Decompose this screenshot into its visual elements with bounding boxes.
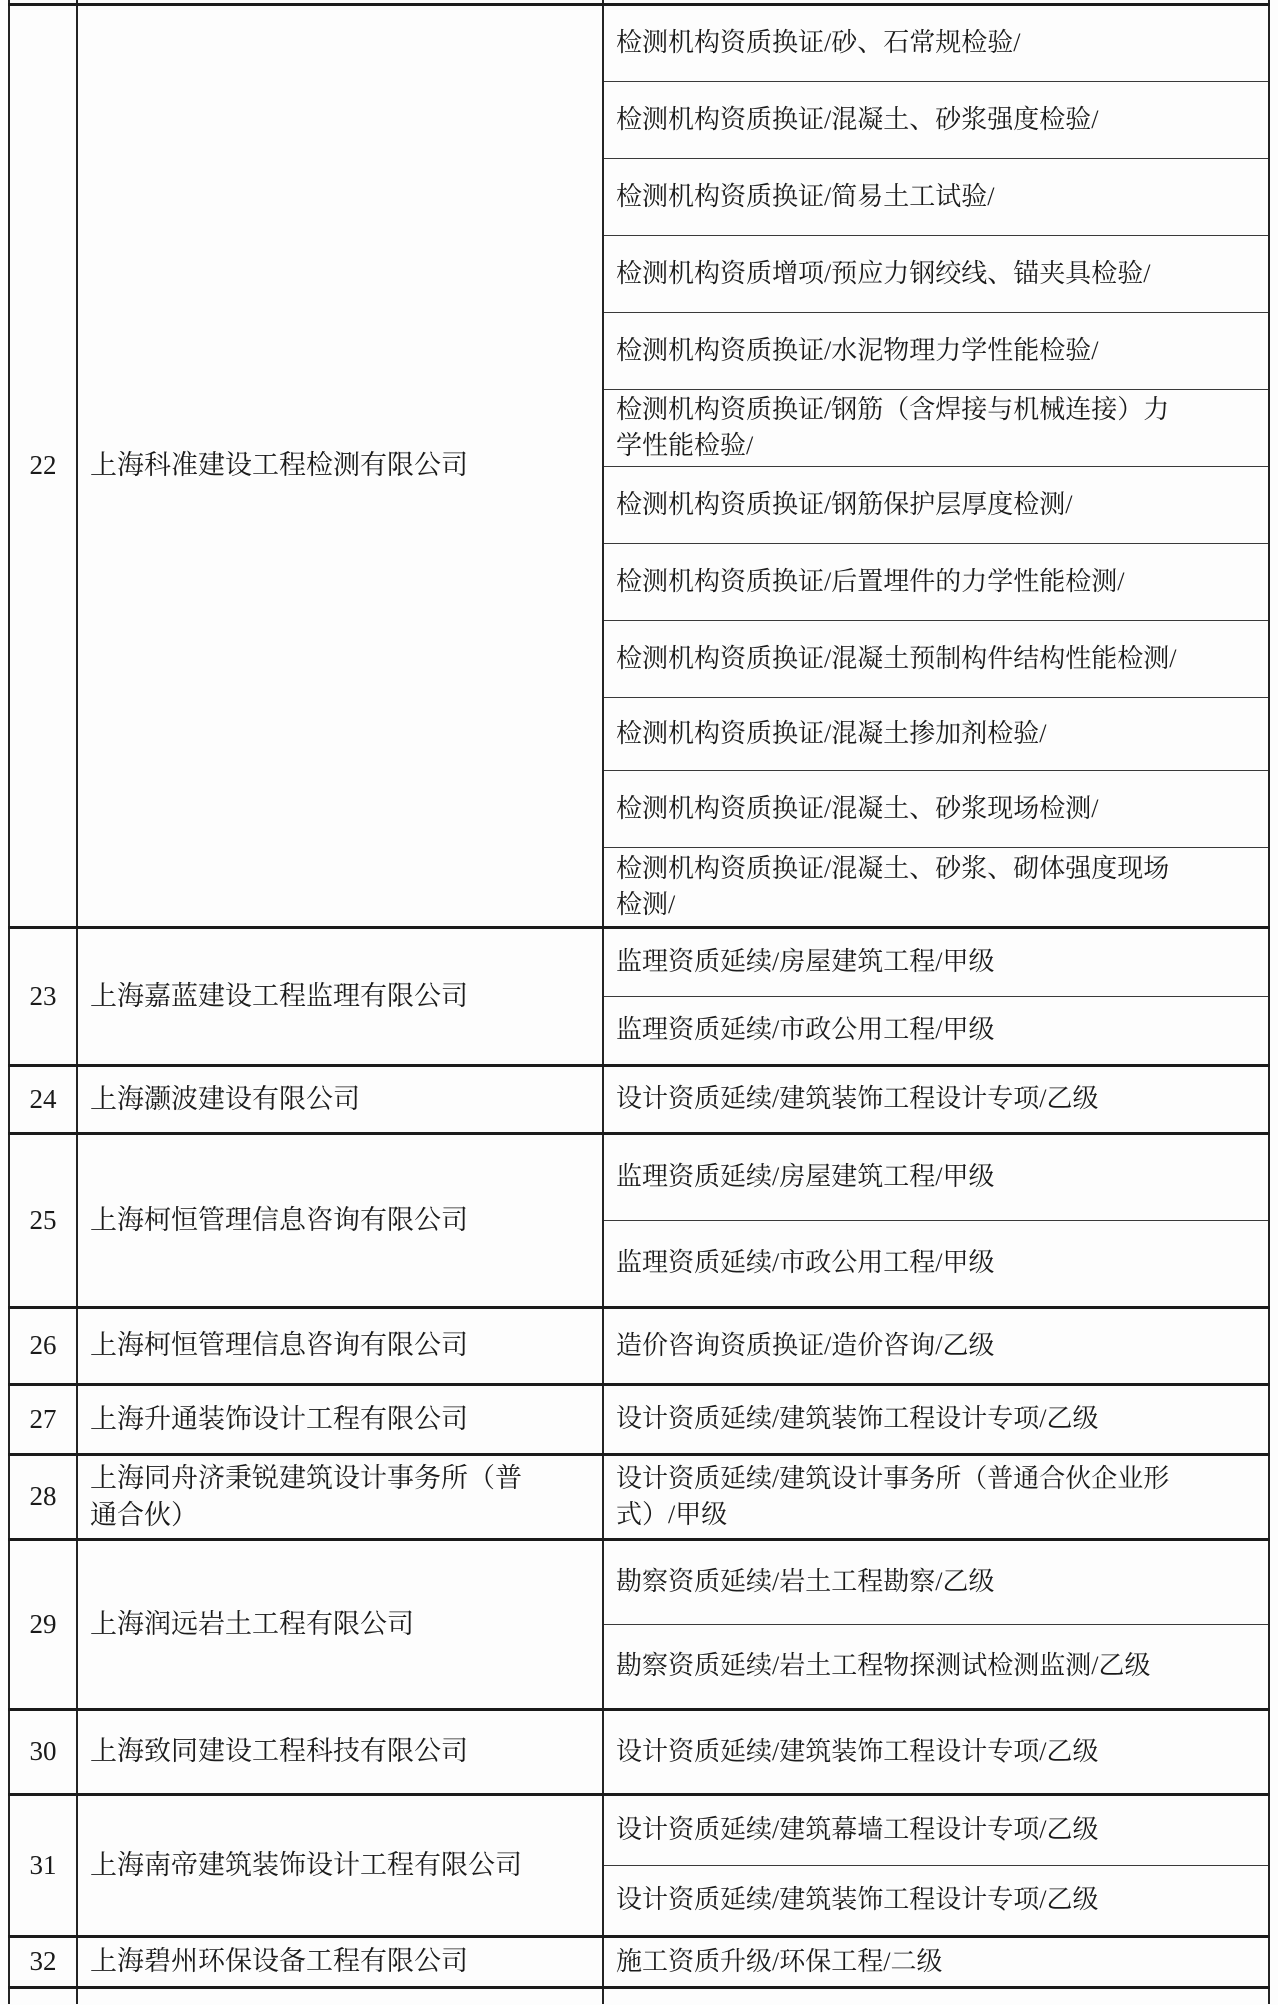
table-row: 22 上海科准建设工程检测有限公司 检测机构资质换证/砂、石常规检验/ <box>9 4 1269 81</box>
item-cell: 检测机构资质换证/砂、石常规检验/ <box>603 4 1269 81</box>
partial-number-cell <box>9 1987 77 2004</box>
company-name: 上海嘉蓝建设工程监理有限公司 <box>78 978 540 1015</box>
item-cell: 设计资质延续/建筑幕墙工程设计专项/乙级 <box>603 1794 1269 1865</box>
item-cell: 勘察资质延续/岩土工程勘察/乙级 <box>603 1539 1269 1624</box>
company-name: 上海同舟济秉锐建筑设计事务所（普通合伙） <box>78 1460 540 1534</box>
qualification-table: 22 上海科准建设工程检测有限公司 检测机构资质换证/砂、石常规检验/ 检测机构… <box>8 0 1270 2004</box>
row-number: 30 <box>9 1709 77 1794</box>
item-cell: 检测机构资质换证/混凝土、砂浆强度检验/ <box>603 81 1269 158</box>
table-row: 26 上海柯恒管理信息咨询有限公司 造价咨询资质换证/造价咨询/乙级 <box>9 1307 1269 1384</box>
item-cell: 监理资质延续/房屋建筑工程/甲级 <box>603 1133 1269 1220</box>
item-cell: 设计资质延续/建筑装饰工程设计专项/乙级 <box>603 1065 1269 1133</box>
partial-item-cell <box>603 1987 1269 2004</box>
qualification-item: 监理资质延续/市政公用工程/甲级 <box>604 1012 1181 1048</box>
company-name: 上海致同建设工程科技有限公司 <box>78 1733 540 1770</box>
item-cell: 设计资质延续/建筑装饰工程设计专项/乙级 <box>603 1709 1269 1794</box>
qualification-item: 勘察资质延续/岩土工程勘察/乙级 <box>604 1564 1181 1600</box>
item-cell: 设计资质延续/建筑装饰工程设计专项/乙级 <box>603 1865 1269 1936</box>
company-cell: 上海柯恒管理信息咨询有限公司 <box>77 1133 603 1307</box>
item-cell: 检测机构资质换证/简易土工试验/ <box>603 158 1269 235</box>
row-number: 32 <box>9 1936 77 1987</box>
partial-company-cell <box>77 1987 603 2004</box>
row-number: 26 <box>9 1307 77 1384</box>
qualification-item: 检测机构资质换证/水泥物理力学性能检验/ <box>604 333 1181 369</box>
item-cell: 检测机构资质换证/水泥物理力学性能检验/ <box>603 312 1269 389</box>
table-row: 29 上海润远岩土工程有限公司 勘察资质延续/岩土工程勘察/乙级 <box>9 1539 1269 1624</box>
company-cell: 上海润远岩土工程有限公司 <box>77 1539 603 1709</box>
qualification-item: 检测机构资质换证/钢筋（含焊接与机械连接）力学性能检验/ <box>604 392 1181 464</box>
table-row: 27 上海升通装饰设计工程有限公司 设计资质延续/建筑装饰工程设计专项/乙级 <box>9 1384 1269 1454</box>
qualification-item: 检测机构资质换证/简易土工试验/ <box>604 179 1181 215</box>
row-number: 22 <box>9 4 77 927</box>
qualification-item: 检测机构资质换证/混凝土、砂浆、砌体强度现场检测/ <box>604 851 1181 923</box>
qualification-item: 监理资质延续/市政公用工程/甲级 <box>604 1245 1181 1281</box>
row-number: 24 <box>9 1065 77 1133</box>
company-name: 上海碧州环保设备工程有限公司 <box>78 1943 540 1980</box>
company-name: 上海灏波建设有限公司 <box>78 1081 540 1118</box>
qualification-item: 设计资质延续/建筑幕墙工程设计专项/乙级 <box>604 1812 1181 1848</box>
qualification-item: 监理资质延续/房屋建筑工程/甲级 <box>604 944 1181 980</box>
row-number: 28 <box>9 1454 77 1539</box>
company-cell: 上海同舟济秉锐建筑设计事务所（普通合伙） <box>77 1454 603 1539</box>
item-cell: 施工资质升级/环保工程/二级 <box>603 1936 1269 1987</box>
item-cell: 检测机构资质换证/混凝土、砂浆现场检测/ <box>603 770 1269 847</box>
table-row: 24 上海灏波建设有限公司 设计资质延续/建筑装饰工程设计专项/乙级 <box>9 1065 1269 1133</box>
company-cell: 上海灏波建设有限公司 <box>77 1065 603 1133</box>
qualification-item: 施工资质升级/环保工程/二级 <box>604 1944 1181 1980</box>
company-name: 上海柯恒管理信息咨询有限公司 <box>78 1202 540 1239</box>
row-number: 29 <box>9 1539 77 1709</box>
company-name: 上海柯恒管理信息咨询有限公司 <box>78 1327 540 1364</box>
item-cell: 检测机构资质换证/混凝土掺加剂检验/ <box>603 697 1269 770</box>
company-cell: 上海碧州环保设备工程有限公司 <box>77 1936 603 1987</box>
qualification-item: 检测机构资质换证/混凝土掺加剂检验/ <box>604 716 1181 752</box>
table-row: 28 上海同舟济秉锐建筑设计事务所（普通合伙） 设计资质延续/建筑设计事务所（普… <box>9 1454 1269 1539</box>
company-name: 上海润远岩土工程有限公司 <box>78 1606 540 1643</box>
qualification-item: 造价咨询资质换证/造价咨询/乙级 <box>604 1328 1181 1364</box>
qualification-item: 勘察资质延续/岩土工程物探测试检测监测/乙级 <box>604 1648 1181 1684</box>
row-number: 27 <box>9 1384 77 1454</box>
item-cell: 检测机构资质换证/钢筋（含焊接与机械连接）力学性能检验/ <box>603 389 1269 466</box>
table-row: 23 上海嘉蓝建设工程监理有限公司 监理资质延续/房屋建筑工程/甲级 <box>9 927 1269 996</box>
company-cell: 上海升通装饰设计工程有限公司 <box>77 1384 603 1454</box>
qualification-item: 设计资质延续/建筑设计事务所（普通合伙企业形式）/甲级 <box>604 1461 1181 1533</box>
qualification-item: 设计资质延续/建筑装饰工程设计专项/乙级 <box>604 1882 1181 1918</box>
qualification-item: 设计资质延续/建筑装饰工程设计专项/乙级 <box>604 1734 1181 1770</box>
item-cell: 检测机构资质换证/混凝土预制构件结构性能检测/ <box>603 620 1269 697</box>
item-cell: 设计资质延续/建筑设计事务所（普通合伙企业形式）/甲级 <box>603 1454 1269 1539</box>
item-cell: 检测机构资质换证/后置埋件的力学性能检测/ <box>603 543 1269 620</box>
item-cell: 检测机构资质增项/预应力钢绞线、锚夹具检验/ <box>603 235 1269 312</box>
row-number: 25 <box>9 1133 77 1307</box>
company-cell: 上海南帝建筑装饰设计工程有限公司 <box>77 1794 603 1936</box>
company-cell: 上海嘉蓝建设工程监理有限公司 <box>77 927 603 1065</box>
row-number: 31 <box>9 1794 77 1936</box>
table-row: 25 上海柯恒管理信息咨询有限公司 监理资质延续/房屋建筑工程/甲级 <box>9 1133 1269 1220</box>
company-cell: 上海致同建设工程科技有限公司 <box>77 1709 603 1794</box>
qualification-item: 监理资质延续/房屋建筑工程/甲级 <box>604 1159 1181 1195</box>
item-cell: 检测机构资质换证/混凝土、砂浆、砌体强度现场检测/ <box>603 847 1269 927</box>
company-cell: 上海柯恒管理信息咨询有限公司 <box>77 1307 603 1384</box>
company-name: 上海科准建设工程检测有限公司 <box>78 447 540 484</box>
company-name: 上海南帝建筑装饰设计工程有限公司 <box>78 1847 540 1884</box>
document-page: 22 上海科准建设工程检测有限公司 检测机构资质换证/砂、石常规检验/ 检测机构… <box>0 0 1278 2005</box>
company-name: 上海升通装饰设计工程有限公司 <box>78 1401 540 1438</box>
item-cell: 设计资质延续/建筑装饰工程设计专项/乙级 <box>603 1384 1269 1454</box>
qualification-item: 检测机构资质换证/砂、石常规检验/ <box>604 25 1181 61</box>
qualification-item: 检测机构资质换证/后置埋件的力学性能检测/ <box>604 564 1181 600</box>
qualification-item: 检测机构资质换证/混凝土预制构件结构性能检测/ <box>604 641 1181 677</box>
company-cell: 上海科准建设工程检测有限公司 <box>77 4 603 927</box>
item-cell: 监理资质延续/市政公用工程/甲级 <box>603 996 1269 1065</box>
table-row: 31 上海南帝建筑装饰设计工程有限公司 设计资质延续/建筑幕墙工程设计专项/乙级 <box>9 1794 1269 1865</box>
item-cell: 勘察资质延续/岩土工程物探测试检测监测/乙级 <box>603 1624 1269 1709</box>
partial-row-bottom <box>9 1987 1269 2004</box>
row-number: 23 <box>9 927 77 1065</box>
table-row: 32 上海碧州环保设备工程有限公司 施工资质升级/环保工程/二级 <box>9 1936 1269 1987</box>
item-cell: 监理资质延续/房屋建筑工程/甲级 <box>603 927 1269 996</box>
qualification-item: 检测机构资质换证/钢筋保护层厚度检测/ <box>604 487 1181 523</box>
qualification-item: 检测机构资质换证/混凝土、砂浆现场检测/ <box>604 791 1181 827</box>
table-row: 30 上海致同建设工程科技有限公司 设计资质延续/建筑装饰工程设计专项/乙级 <box>9 1709 1269 1794</box>
qualification-item: 检测机构资质增项/预应力钢绞线、锚夹具检验/ <box>604 256 1181 292</box>
qualification-item: 设计资质延续/建筑装饰工程设计专项/乙级 <box>604 1081 1181 1117</box>
item-cell: 监理资质延续/市政公用工程/甲级 <box>603 1220 1269 1307</box>
qualification-item: 检测机构资质换证/混凝土、砂浆强度检验/ <box>604 102 1181 138</box>
item-cell: 检测机构资质换证/钢筋保护层厚度检测/ <box>603 466 1269 543</box>
item-cell: 造价咨询资质换证/造价咨询/乙级 <box>603 1307 1269 1384</box>
qualification-item: 设计资质延续/建筑装饰工程设计专项/乙级 <box>604 1401 1181 1437</box>
